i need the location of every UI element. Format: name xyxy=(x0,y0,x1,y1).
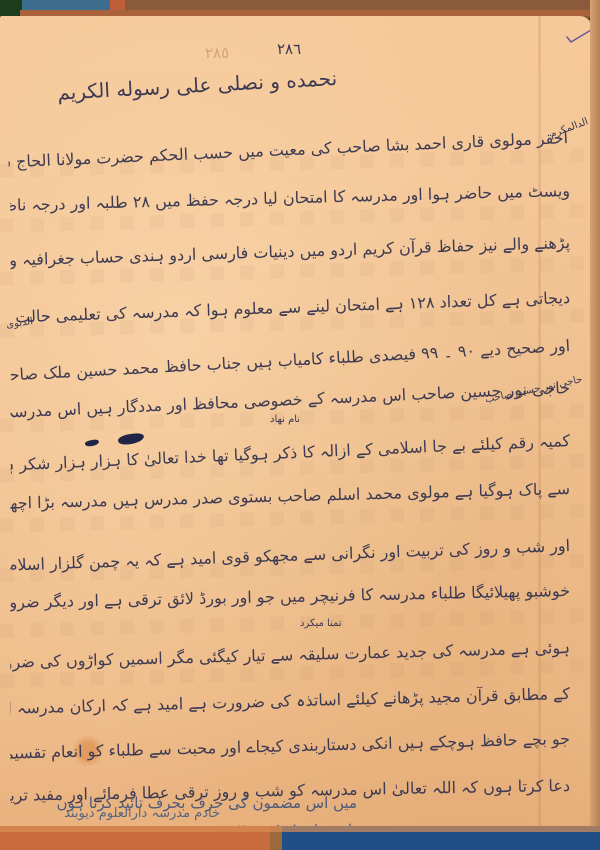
document-heading: نحمده و نصلی علی رسوله الکریم xyxy=(57,66,338,105)
interlinear-note: نام نهاد xyxy=(270,414,300,425)
text-line: کے مطابق قرآن مجید پڑھانے کیلئے اساتذہ ک… xyxy=(10,684,570,718)
manuscript-page: ٢٨٥ ٢٨٦ نحمده و نصلی علی رسوله الکریم ال… xyxy=(0,16,594,828)
ink-blot xyxy=(117,432,144,446)
page-number: ٢٨٦ xyxy=(277,40,301,58)
text-line: اور صحیح دیے ۹۰ ۔ ۹۹ فیصدی طلباء کامیاب … xyxy=(10,336,570,384)
check-mark-icon xyxy=(566,28,592,44)
ink-blot xyxy=(85,439,100,447)
document-scan: ٢٨٥ ٢٨٦ نحمده و نصلی علی رسوله الکریم ال… xyxy=(0,0,600,850)
text-line: خوشبو پھیلائیگا طلباء مدرسہ کا فرنیچر می… xyxy=(10,581,570,612)
text-line: جو بچے حافظ ہوچکے ہیں انکی دستاربندی کیج… xyxy=(10,729,570,763)
bleed-through-line xyxy=(0,608,592,637)
book-right-edge xyxy=(590,0,600,850)
attestation-subtitle: خادم مدرسہ دارالعلوم دیوبند xyxy=(64,806,220,821)
page-number-faint: ٢٨٥ xyxy=(205,44,229,62)
interlinear-note: تمنا میکرد xyxy=(300,618,342,629)
bottom-binding-strip xyxy=(0,826,600,850)
